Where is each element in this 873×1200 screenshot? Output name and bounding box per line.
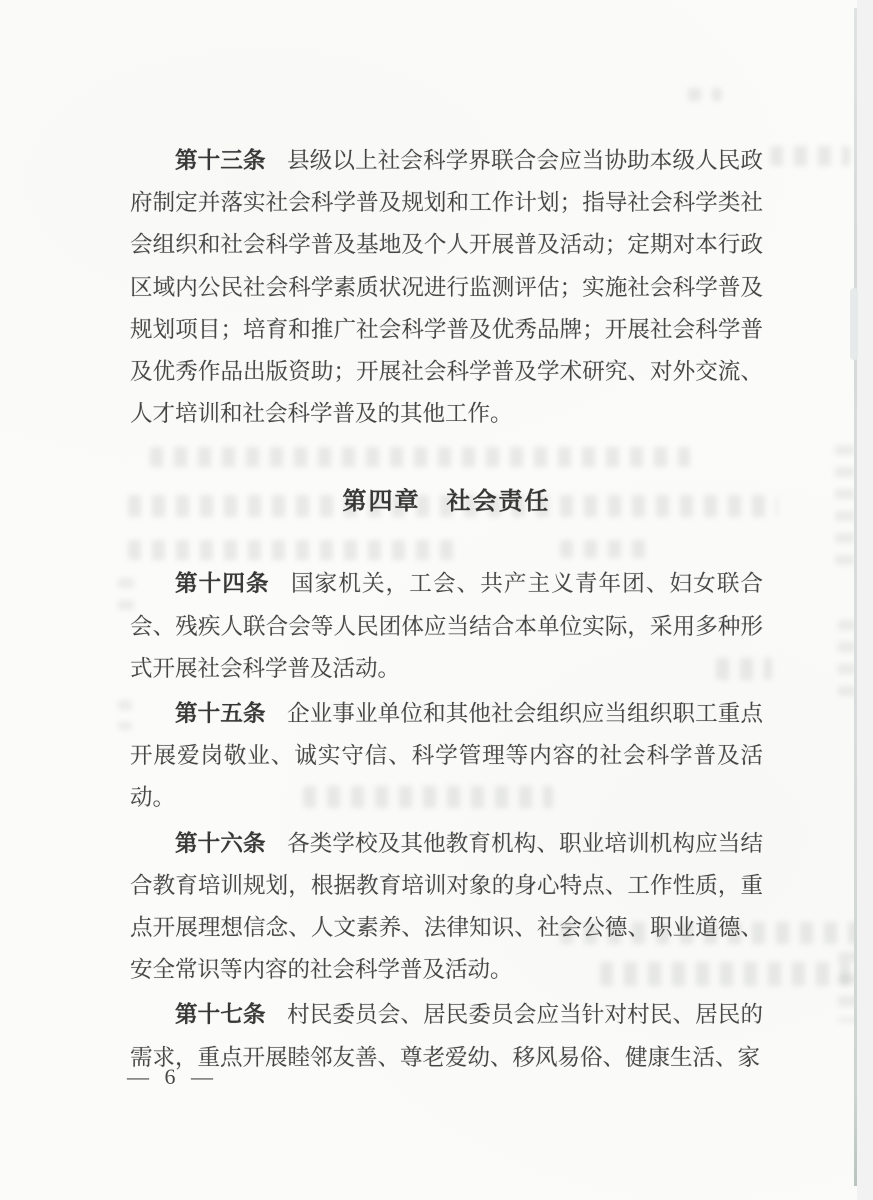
scan-edge-line xyxy=(854,8,857,1186)
bleed-through-artifact xyxy=(835,445,855,565)
article-14-paragraph: 第十四条国家机关，工会、共产主义青年团、妇女联合会、残疾人联合会等人民团体应当结… xyxy=(130,563,763,690)
article-13-paragraph: 第十三条县级以上社会科学界联合会应当协助本级人民政府制定并落实社会科学普及规划和… xyxy=(130,140,763,435)
article-14-number: 第十四条 xyxy=(175,571,270,596)
article-13-text: 县级以上社会科学界联合会应当协助本级人民政府制定并落实社会科学普及规划和工作计划… xyxy=(130,148,763,426)
chapter-heading: 第四章 社会责任 xyxy=(130,481,763,523)
article-17-paragraph: 第十七条村民委员会、居民委员会应当针对村民、居民的需求，重点开展睦邻友善、尊老爱… xyxy=(130,994,763,1078)
bleed-through-artifact xyxy=(688,88,722,101)
article-13-number: 第十三条 xyxy=(175,148,266,173)
page-number: — 6 — xyxy=(127,1064,216,1090)
article-15-number: 第十五条 xyxy=(175,701,266,726)
scan-edge-highlight xyxy=(850,288,858,360)
article-17-number: 第十七条 xyxy=(175,1002,266,1027)
scanned-document-page: 第十三条县级以上社会科学界联合会应当协助本级人民政府制定并落实社会科学普及规划和… xyxy=(0,0,873,1200)
article-15-paragraph: 第十五条企业事业单位和其他社会组织应当组织职工重点开展爱岗敬业、诚实守信、科学管… xyxy=(130,693,763,820)
bleed-through-artifact xyxy=(770,146,850,166)
scan-edge-strip xyxy=(857,0,873,1200)
document-body: 第十三条县级以上社会科学界联合会应当协助本级人民政府制定并落实社会科学普及规划和… xyxy=(130,140,763,1079)
article-16-number: 第十六条 xyxy=(175,831,266,856)
article-16-paragraph: 第十六条各类学校及其他教育机构、职业培训机构应当结合教育培训规划，根据教育培训对… xyxy=(130,823,763,992)
